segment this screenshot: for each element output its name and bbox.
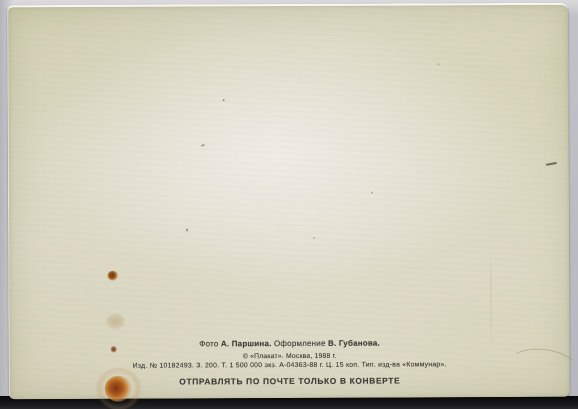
publisher-imprint: Фото А. Паршина. Оформление В. Губанова.… xyxy=(10,338,570,387)
credits-line: Фото А. Паршина. Оформление В. Губанова. xyxy=(10,338,570,349)
vertical-crease xyxy=(490,251,491,347)
paper-speck xyxy=(186,228,188,231)
postcard-back: Фото А. Паршина. Оформление В. Губанова.… xyxy=(7,3,570,399)
paper-speck xyxy=(313,237,315,239)
photo-frame: Фото А. Паршина. Оформление В. Губанова.… xyxy=(0,0,578,409)
photo-credit-label: Фото xyxy=(199,339,218,348)
paper-speck xyxy=(201,144,205,147)
rust-stain-small xyxy=(107,271,118,281)
designer-name: В. Губанова. xyxy=(328,339,380,348)
mailing-notice: ОТПРАВЛЯТЬ ПО ПОЧТЕ ТОЛЬКО В КОНВЕРТЕ xyxy=(10,375,570,387)
paper-speck xyxy=(371,192,373,194)
edition-line: Изд. № 10182493. З. 200. Т. 1 500 000 эк… xyxy=(10,361,570,371)
brown-smear-stain xyxy=(105,313,125,330)
design-credit-label: Оформление xyxy=(274,339,326,348)
edge-nick-mark xyxy=(546,162,557,166)
photographer-name: А. Паршина. xyxy=(221,339,272,348)
paper-speck xyxy=(437,63,439,65)
paper-speck xyxy=(223,99,225,101)
